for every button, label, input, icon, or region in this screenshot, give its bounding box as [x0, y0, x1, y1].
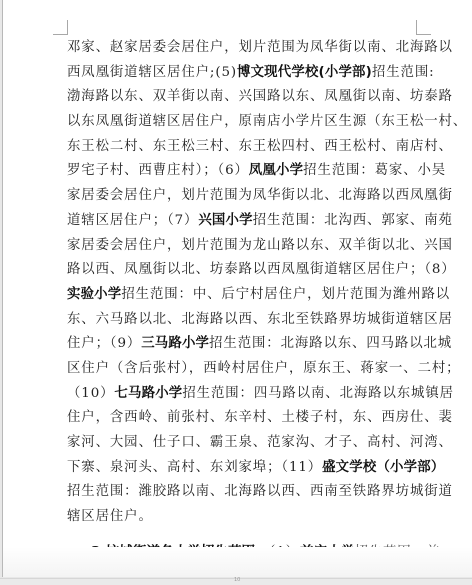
text-line: 招生范围：潍胶路以南、北海路以西、西南至铁路界坊城街道	[67, 480, 417, 505]
text-run: 住户；（9）	[67, 336, 141, 351]
text-run: 家居委会居住户，划片范围为龙山路以东、双羊街以北、兴国	[67, 238, 453, 253]
text-run: 邓家、赵家居委会居住户，划片范围为凤华街以南、北海路以	[67, 40, 453, 55]
text-run: 招生范围：葛家、小吴	[303, 163, 446, 178]
text-run: 招生范围：北沟西、郭家、南苑	[253, 213, 453, 228]
school-name: 盛文学校（小学部）	[322, 460, 444, 475]
school-name: 七马路小学	[114, 386, 182, 401]
text-run: 招生范围：潍胶路以南、北海路以西、西南至铁路界坊城街道	[67, 484, 453, 499]
text-line: 罗宅子村、西曹庄村）；（6）凤凰小学招生范围：葛家、小吴	[67, 159, 417, 184]
text-line: 实验小学招生范围：中、后宁村居住户，划片范围为潍州路以	[67, 283, 417, 308]
school-name: 凤凰小学	[249, 163, 303, 178]
text-run: （10）	[67, 386, 114, 401]
text-run: 渤海路以东、双羊街以南、兴国路以东、凤凰街以南、坊泰路	[67, 89, 453, 104]
text-line: 住户；（9）三马路小学招生范围：北海路以东、四马路以北城	[67, 332, 417, 357]
text-run: 招生范围:	[372, 65, 435, 80]
text-line: 住户，含西岭、前张村、东辛村、土楼子村，东、西房仕、裴	[67, 406, 417, 431]
text-run: 罗宅子村、西曹庄村）；（6）	[67, 163, 249, 178]
text-line: 家河、大园、仕子口、霸王泉、范家沟、才子、高村、河湾、	[67, 431, 417, 456]
school-name: 三马路小学	[141, 336, 209, 351]
text-run: 招生范围：北海路以东、四马路以北城	[209, 336, 452, 351]
document-body[interactable]: 邓家、赵家居委会居住户，划片范围为凤华街以南、北海路以西凤凰街道辖区居住户;(5…	[67, 36, 417, 564]
document-viewport: 邓家、赵家居委会居住户，划片范围为凤华街以南、北海路以西凤凰街道辖区居住户;(5…	[0, 0, 472, 585]
text-line: 区住户（含后张村），西岭村居住户，原东王、蒋家一、二村；	[67, 357, 417, 382]
text-line: 东王松二村、东王松三村、东王松四村、西王松村、南店村、	[67, 135, 417, 160]
text-line: 邓家、赵家居委会居住户，划片范围为凤华街以南、北海路以	[67, 36, 417, 61]
school-name: 实验小学	[67, 287, 121, 302]
text-run: 东王松二村、东王松三村、东王松四村、西王松村、南店村、	[67, 139, 453, 154]
text-line: 渤海路以东、双羊街以南、兴国路以东、凤凰街以南、坊泰路	[67, 85, 417, 110]
text-run: 以东凤凰街道辖区居住户，原南店小学片区生源（东王松一村、	[67, 114, 467, 129]
school-name: 博文现代学校(小学部)	[237, 65, 372, 80]
text-run: 招生范围：四马路以南、北海路以东城镇居	[182, 386, 454, 401]
text-line: 家居委会居住户，划片范围为凤华街以北、北海路以西凤凰街	[67, 184, 417, 209]
text-line: 东、六马路以北、北海路以西、东北至铁路界坊城街道辖区居	[67, 308, 417, 333]
text-run: 下寨、泉河头、高村、东刘家埠；（11）	[67, 460, 322, 475]
text-line: 家居委会居住户，划片范围为龙山路以东、双羊街以北、兴国	[67, 234, 417, 259]
text-line: 辖区居住户。	[67, 505, 417, 530]
text-line: （10）七马路小学招生范围：四马路以南、北海路以东城镇居	[67, 382, 417, 407]
text-run: 家居委会居住户，划片范围为凤华街以北、北海路以西凤凰街	[67, 188, 453, 203]
text-run: 东、六马路以北、北海路以西、东北至铁路界坊城街道辖区居	[67, 312, 453, 327]
text-run: 家河、大园、仕子口、霸王泉、范家沟、才子、高村、河湾、	[67, 435, 453, 450]
text-line: 下寨、泉河头、高村、东刘家埠；（11）盛文学校（小学部）	[67, 456, 417, 481]
text-run: 辖区居住户。	[67, 509, 153, 524]
text-run: 区住户（含后张村），西岭村居住户，原东王、蒋家一、二村；	[67, 361, 460, 376]
text-run: 住户，含西岭、前张村、东辛村、土楼子村，东、西房仕、裴	[67, 410, 453, 425]
school-name: 兴国小学	[198, 213, 252, 228]
margin-corner-top-right	[416, 20, 431, 35]
margin-corner-top-left	[53, 20, 68, 35]
text-line: 路以西、凤凰街以北、坊泰路以西凤凰街道辖区居住户；（8）	[67, 258, 417, 283]
text-line: 以东凤凰街道辖区居住户，原南店小学片区生源（东王松一村、	[67, 110, 417, 135]
text-run: 道辖区居住户；（7）	[67, 213, 198, 228]
text-line: 西凤凰街道辖区居住户;(5)博文现代学校(小学部)招生范围:	[67, 61, 417, 86]
text-run: 路以西、凤凰街以北、坊泰路以西凤凰街道辖区居住户；（8）	[67, 262, 456, 277]
document-page: 邓家、赵家居委会居住户，划片范围为凤华街以南、北海路以西凤凰街道辖区居住户;(5…	[2, 0, 472, 577]
text-line: 道辖区居住户；（7）兴国小学招生范围：北沟西、郭家、南苑	[67, 209, 417, 234]
page-footer-area	[3, 547, 472, 577]
text-run: 西凤凰街道辖区居住户;(5)	[67, 65, 237, 80]
text-run: 招生范围：中、后宁村居住户，划片范围为潍州路以	[121, 287, 450, 302]
page-number: 10	[234, 577, 240, 583]
